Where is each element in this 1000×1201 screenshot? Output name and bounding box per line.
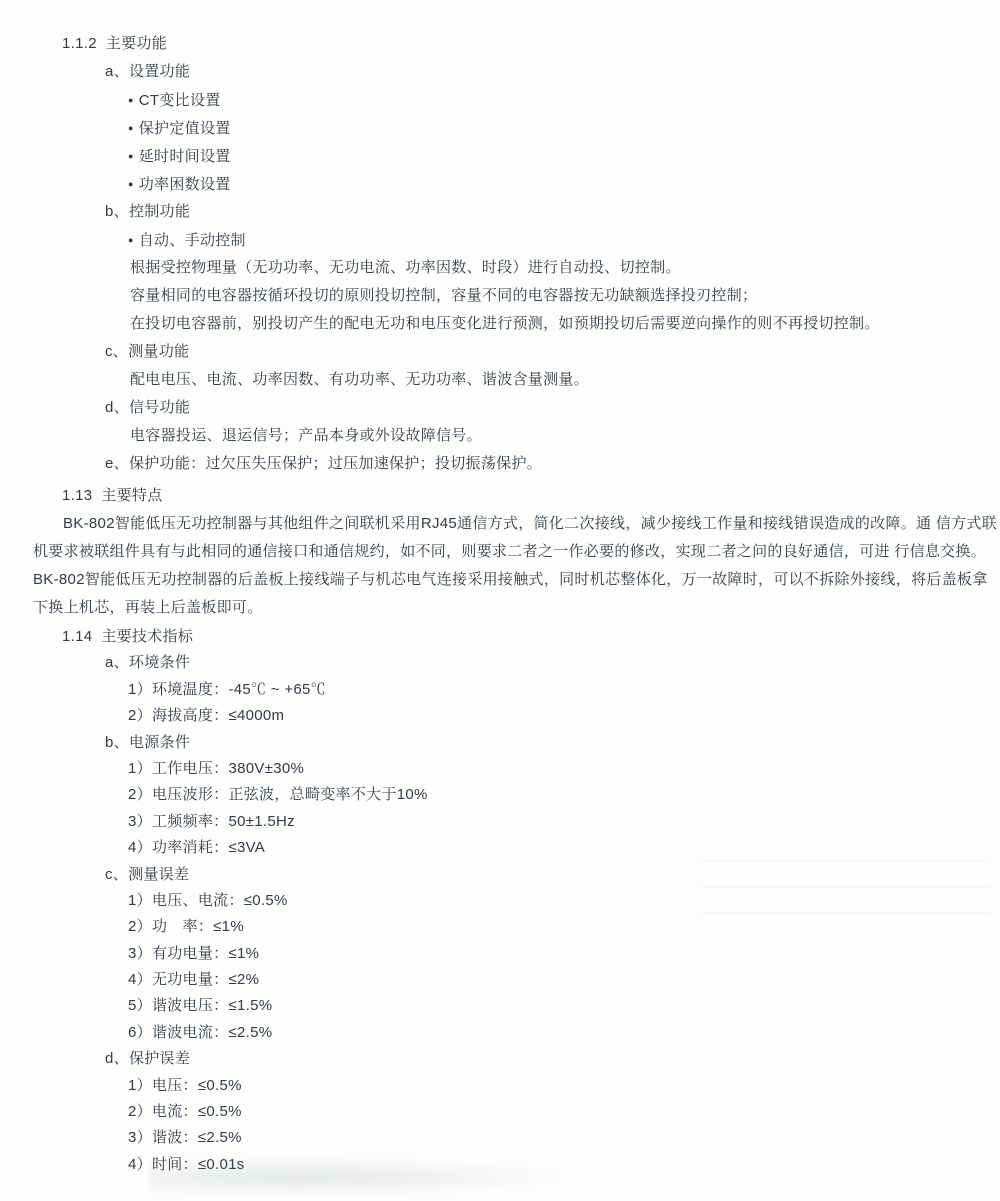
numbered-item: 6）谐波电流：≤2.5%	[0, 1020, 1000, 1046]
bullet-icon: ●	[128, 86, 134, 114]
letter-heading: b、控制功能	[0, 198, 1000, 226]
numbered-item: 2）功 率：≤1%	[0, 914, 1000, 940]
bullet-item: ●保护定值设置	[0, 114, 1000, 142]
letter-heading: c、测量误差	[0, 862, 1000, 888]
section-heading: 1.13 主要特点	[0, 482, 1000, 510]
numbered-item: 4）时间：≤0.01s	[0, 1152, 1000, 1178]
bullet-icon: ●	[128, 142, 134, 170]
doc-section-specs: 1.14 主要技术指标a、环境条件1）环境温度：-45℃ ~ +65℃2）海拔高…	[0, 624, 1000, 1178]
paragraph-line: 下换上机芯，再装上后盖板即可。	[0, 594, 1000, 622]
numbered-item: 4）功率消耗：≤3VA	[0, 835, 1000, 861]
body-text: 根据受控物理量（无功功率、无功电流、功率因数、时段）进行自动投、切控制。	[0, 254, 1000, 282]
letter-heading: e、保护功能：过欠压失压保护；过压加速保护；投切振荡保护。	[0, 450, 1000, 478]
bullet-item-label: 自动、手动控制	[139, 232, 246, 249]
paragraph-line: BK-802智能低压无功控制器的后盖板上接线端子与机芯电气连接采用接触式，同时机…	[0, 566, 1000, 594]
numbered-item: 2）电流：≤0.5%	[0, 1099, 1000, 1125]
body-text: 容量相同的电容器按循环投切的原则投切控制，容量不同的电容器按无功缺额选择投刃控制…	[0, 282, 1000, 310]
numbered-item: 4）无功电量：≤2%	[0, 967, 1000, 993]
numbered-item: 3）谐波：≤2.5%	[0, 1125, 1000, 1151]
letter-heading: b、电源条件	[0, 730, 1000, 756]
numbered-item: 2）海拔高度：≤4000m	[0, 703, 1000, 729]
numbered-item: 1）电压：≤0.5%	[0, 1073, 1000, 1099]
paragraph-line: 机要求被联组件具有与此相同的通信接口和通信规约，如不同，则要求二者之一作必要的修…	[0, 538, 1000, 566]
body-text: 配电电压、电流、功率因数、有功功率、无功功率、谐波含量测量。	[0, 366, 1000, 394]
bullet-icon: ●	[128, 226, 134, 254]
numbered-item: 1）环境温度：-45℃ ~ +65℃	[0, 677, 1000, 703]
bullet-item: ●CT变比设置	[0, 86, 1000, 114]
body-text: 在投切电容器前，别投切产生的配电无功和电压变化进行预测，如预期投切后需要逆向操作…	[0, 310, 1000, 338]
numbered-item: 5）谐波电压：≤1.5%	[0, 993, 1000, 1019]
paragraph-line: BK-802智能低压无功控制器与其他组件之间联机采用RJ45通信方式，简化二次接…	[0, 510, 1000, 538]
body-text: 电容器投运、退运信号；产品本身或外设故障信号。	[0, 422, 1000, 450]
letter-heading: a、环境条件	[0, 650, 1000, 676]
bullet-icon: ●	[128, 114, 134, 142]
bullet-item: ●延时时间设置	[0, 142, 1000, 170]
document-page: 1.1.2 主要功能a、设置功能●CT变比设置●保护定值设置●延时时间设置●功率…	[0, 0, 1000, 1178]
section-heading: 1.14 主要技术指标	[0, 624, 1000, 650]
numbered-item: 3）有功电量：≤1%	[0, 941, 1000, 967]
numbered-item: 1）电压、电流：≤0.5%	[0, 888, 1000, 914]
bullet-item-label: 延时时间设置	[139, 148, 231, 165]
letter-heading: d、保护误差	[0, 1046, 1000, 1072]
letter-heading: a、设置功能	[0, 58, 1000, 86]
bullet-icon: ●	[128, 170, 134, 198]
bullet-item-label: 功率困数设置	[139, 176, 231, 193]
letter-heading: c、测量功能	[0, 338, 1000, 366]
doc-section-functions: 1.1.2 主要功能a、设置功能●CT变比设置●保护定值设置●延时时间设置●功率…	[0, 0, 1000, 622]
bullet-item-label: CT变比设置	[139, 92, 221, 109]
section-heading: 1.1.2 主要功能	[0, 30, 1000, 58]
bullet-item-label: 保护定值设置	[139, 120, 231, 137]
numbered-item: 1）工作电压：380V±30%	[0, 756, 1000, 782]
numbered-item: 2）电压波形：正弦波，总畸变率不大于10%	[0, 782, 1000, 808]
numbered-item: 3）工频频率：50±1.5Hz	[0, 809, 1000, 835]
bullet-item: ●自动、手动控制	[0, 226, 1000, 254]
bullet-item: ●功率困数设置	[0, 170, 1000, 198]
letter-heading: d、信号功能	[0, 394, 1000, 422]
